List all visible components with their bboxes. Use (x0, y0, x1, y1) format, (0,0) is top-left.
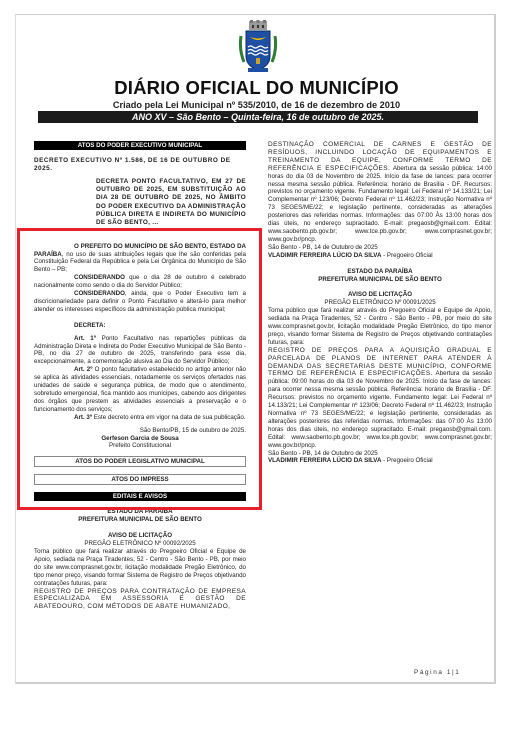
considerando-2: CONSIDERANDO, ainda, que o Poder Executi… (34, 290, 246, 314)
aviso-place-date: São Bento - PB, 14 de Outubro de 2025 (268, 450, 492, 458)
masthead-title: DIÁRIO OFICIAL DO MUNICÍPIO (0, 77, 513, 99)
aviso-title: AVISO DE LICITAÇÃO (268, 291, 492, 299)
aviso-object-and-details: REGISTRO DE PREÇOS PARA A AQUISIÇÃO GRAD… (268, 347, 492, 450)
prefeitura-name: PREFEITURA MUNICIPAL DE SÃO BENTO (268, 276, 492, 284)
decree-title: DECRETO EXECUTIVO Nº 1.586, DE 16 DE OUT… (34, 157, 246, 173)
section-header-editais: EDITAIS E AVISOS (34, 492, 246, 501)
aviso-text: Torna público que fará realizar através … (268, 307, 492, 347)
edition-bar: ANO XV – São Bento – Quinta-feira, 16 de… (38, 111, 478, 123)
aviso-text: Torna público que fará realizar através … (34, 548, 246, 588)
pregao-number: PREGÃO ELETRÔNICO Nº 00092/2025 (34, 540, 246, 548)
article-2: Art. 2º O ponto facultativo estabelecido… (34, 366, 246, 413)
aviso-place-date: São Bento - PB, 14 de Outubro de 2025 (268, 244, 492, 252)
aviso-continuation: DESTINAÇÃO COMERCIAL DE CARNES E GESTÃO … (268, 141, 492, 244)
state-name: ESTADO DA PARAÍBA (34, 508, 246, 516)
decree-ementa: DECRETA PONTO FACULTATIVO, EM 27 DE OUTU… (96, 178, 246, 228)
decreta-label: DECRETA: (34, 322, 246, 330)
prefeitura-name: PREFEITURA MUNICIPAL DE SÃO BENTO (34, 516, 246, 524)
section-header-impress: ATOS DO IMPRESS (34, 474, 246, 485)
article-3: Art. 3º Este decreto entra em vigor na d… (34, 414, 246, 422)
left-column: ATOS DO PODER EXECUTIVO MUNICIPAL DECRET… (34, 141, 246, 611)
decree-preamble: O PREFEITO DO MUNICÍPIO DE SÃO BENTO, ES… (34, 243, 246, 275)
masthead-subtitle: Criado pela Lei Municipal nº 535/2010, d… (0, 100, 513, 110)
decree-signer-role: Prefeito Constitucional (34, 442, 246, 450)
considerando-1: CONSIDERANDO que o dia 28 de outubro é c… (34, 274, 246, 290)
right-column: DESTINAÇÃO COMERCIAL DE CARNES E GESTÃO … (268, 141, 492, 465)
coat-of-arms-logo (238, 20, 278, 74)
state-name: ESTADO DA PARAÍBA (268, 268, 492, 276)
aviso-title: AVISO DE LICITAÇÃO (34, 532, 246, 540)
aviso-object: REGISTRO DE PREÇOS PARA CONTRATAÇÃO DE E… (34, 588, 246, 612)
section-header-executivo: ATOS DO PODER EXECUTIVO MUNICIPAL (34, 141, 246, 150)
aviso-signer: VLADIMIR FERREIRA LÚCIO DA SILVA - Prego… (268, 457, 492, 465)
decree-signer-name: Gerfeson Garcia de Sousa (34, 435, 246, 443)
section-header-legislativo: ATOS DO PODER LEGISLATIVO MUNICIPAL (34, 456, 246, 467)
decree-place-date: São Bento/PB, 15 de outubro de 2025. (34, 427, 246, 435)
article-1: Art. 1º Ponto Facultativo nas repartiçõe… (34, 335, 246, 367)
aviso-signer: VLADIMIR FERREIRA LÚCIO DA SILVA - Prego… (268, 252, 492, 260)
page-number: Página 1|1 (414, 669, 460, 676)
pregao-number: PREGÃO ELETRÔNICO Nº 00091/2025 (268, 299, 492, 307)
